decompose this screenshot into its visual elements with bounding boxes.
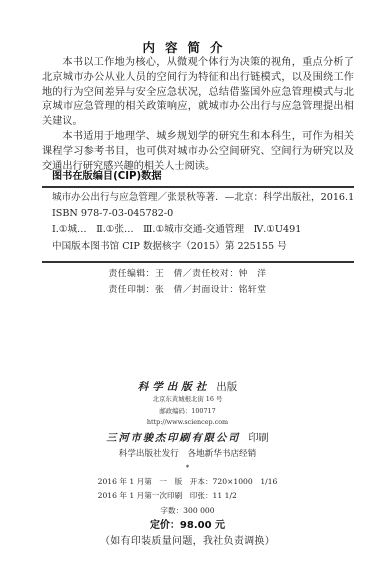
- publisher-name: 科学出版社: [138, 381, 211, 393]
- cip-top-divider: [42, 186, 354, 188]
- cip-bottom-divider: [42, 261, 354, 263]
- price: 定价：98.00 元: [0, 518, 375, 534]
- staff-printing-line: 责任印制：张 倩／封面设计：铭轩堂: [0, 282, 375, 298]
- printer-name: 三河市骏杰印刷有限公司: [106, 432, 240, 444]
- word-count: 字数：300 000: [0, 504, 375, 518]
- cip-heading: 图书在版编目(CIP)数据: [52, 167, 162, 182]
- cip-title-line: 城市办公出行与应急管理／张景秋等著．—北京：科学出版社，2016.1: [52, 190, 362, 206]
- separator-star: *: [0, 461, 375, 475]
- publisher-action: 出版: [216, 381, 237, 393]
- edition-line: 2016 年 1 月第 一 版 开本：720×1000 1/16: [98, 475, 278, 490]
- distribution-line: 科学出版社发行 各地新华书店经销: [0, 447, 375, 461]
- staff-editor-line: 责任编辑：王 倩／责任校对：钟 洋: [0, 266, 375, 282]
- cip-data-block: 城市办公出行与应急管理／张景秋等著．—北京：科学出版社，2016.1 ISBN …: [52, 190, 362, 255]
- intro-title: 内容简介: [0, 38, 375, 56]
- colophon: 科学出版社出版 北京东黄城根北街 16 号 邮政编码：100717 http:/…: [0, 380, 375, 550]
- edition-block: 2016 年 1 月第 一 版 开本：720×1000 1/16 2016 年 …: [98, 475, 278, 504]
- publisher-line: 科学出版社出版: [0, 380, 375, 394]
- cip-isbn-line: ISBN 978-7-03-045782-0: [52, 206, 362, 222]
- copyright-page: 内容简介 本书以工作地为核心，从微观个体行为决策的视角，重点分析了北京城市办公从…: [0, 0, 375, 568]
- staff-credits: 责任编辑：王 倩／责任校对：钟 洋 责任印制：张 倩／封面设计：铭轩堂: [0, 266, 375, 298]
- quality-note: （如有印装质量问题，我社负责调换）: [0, 534, 375, 550]
- intro-paragraph: 本书以工作地为核心，从微观个体行为决策的视角，重点分析了北京城市办公从业人员的空…: [42, 56, 354, 130]
- publisher-postcode: 邮政编码：100717: [0, 406, 375, 418]
- printer-line: 三河市骏杰印刷有限公司印刷: [0, 430, 375, 447]
- publisher-address: 北京东黄城根北街 16 号: [0, 394, 375, 406]
- intro-section: 本书以工作地为核心，从微观个体行为决策的视角，重点分析了北京城市办公从业人员的空…: [42, 56, 354, 174]
- printing-line: 2016 年 1 月第一次印刷 印张：11 1/2: [98, 489, 278, 504]
- publisher-website: http://www.sciencep.com: [0, 417, 375, 429]
- cip-subject-line: Ⅰ.①城… Ⅱ.①张… Ⅲ.①城市交通-交通管理 Ⅳ.①U491: [52, 222, 362, 238]
- printer-action: 印刷: [248, 433, 268, 444]
- cip-record-line: 中国版本图书馆 CIP 数据核字（2015）第 225155 号: [52, 239, 362, 255]
